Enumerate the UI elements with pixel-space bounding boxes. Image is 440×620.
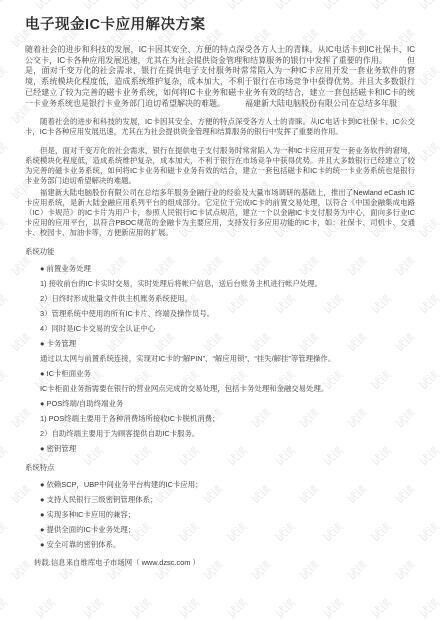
list-item: ● IC卡柜面业务	[40, 369, 415, 379]
list-item: 4）同时是IC卡交易的安全认证中心	[40, 324, 415, 334]
list-item: ● 密钥管理	[40, 444, 415, 454]
list-item: 1) POS终端主要用于各种消费场所接收IC卡脱机消费；	[40, 414, 415, 424]
overview-paragraph: 随着社会的进步和科技的发展，IC卡因其安全、方便的特点深受各方人士的青睐。从IC…	[25, 117, 415, 137]
section-heading-functions: 系统功能	[25, 246, 415, 257]
list-item: 3）管理系统中使用的所有IC卡片、终端及操作员号。	[40, 309, 415, 319]
list-item: ● 支持人民银行三级密钥管理体系；	[40, 495, 415, 505]
list-item: 2）自助终端主要用于为顾客提供自助IC卡服务。	[40, 429, 415, 439]
list-item: ● 安全可靠的密钥体系。	[40, 540, 415, 550]
document-content: 电子现金IC卡应用解决方案 随着社会的进步和科技的发展，IC卡因其安全、方便的特…	[0, 0, 440, 620]
page-title: 电子现金IC卡应用解决方案	[25, 13, 415, 34]
document-page: 试读试读试读试读试读试读试读试读试读试读试读试读试读试读试读试读试读试读试读试读…	[0, 0, 440, 620]
list-item: 2）日终时形成批量文件供主机账务系统使用。	[40, 294, 415, 304]
list-item: 1) 接收前台的IC卡实时交易，实时处理后将帐户信息，送后台账务主机进行帐户处理…	[40, 279, 415, 289]
list-item: ● 实现多种IC卡应用的兼容；	[40, 510, 415, 520]
list-item: IC卡柜面业务指需要在银行的营业网点完成的交易处理，包括卡务处理和金融交易处理。	[40, 384, 415, 394]
list-item: ● 提供全面的IC卡业务处理；	[40, 525, 415, 535]
list-item: ● POS终端/自助终端业务	[40, 399, 415, 409]
solution-paragraph: 福建新大陆电脑股份有限公司在总结多年服务金融行业的经验及大量市场调研的基础上，推…	[25, 188, 415, 238]
list-item: ● 前置业务处理	[40, 264, 415, 274]
source-note: 转载.信息来自维库电子市场网（ www.dzsc.com ）	[34, 557, 415, 568]
list-item: ● 卡务管理	[40, 339, 415, 349]
list-item: 通过以太网与前置系统连接，实现对IC卡的“解PIN”、“解应用锁”、“挂失/解挂…	[40, 354, 415, 364]
intro-paragraph: 随着社会的进步和科技的发展，IC卡因其安全、方便的特点深受各方人士的青睐。从IC…	[25, 45, 415, 109]
functions-list: ● 前置业务处理 1) 接收前台的IC卡实时交易，实时处理后将帐户信息，送后台账…	[40, 264, 415, 454]
features-list: ● 依赖SCP，UBP中间业务平台构建的IC卡应用； ● 支持人民银行三级密钥管…	[40, 480, 415, 550]
challenge-paragraph: 但是，面对千变万化的社会需求，银行在提供电子支付服务时常常陷入为一种IC卡应用开…	[25, 146, 415, 186]
section-heading-features: 系统特点	[25, 462, 415, 473]
list-item: ● 依赖SCP，UBP中间业务平台构建的IC卡应用；	[40, 480, 415, 490]
